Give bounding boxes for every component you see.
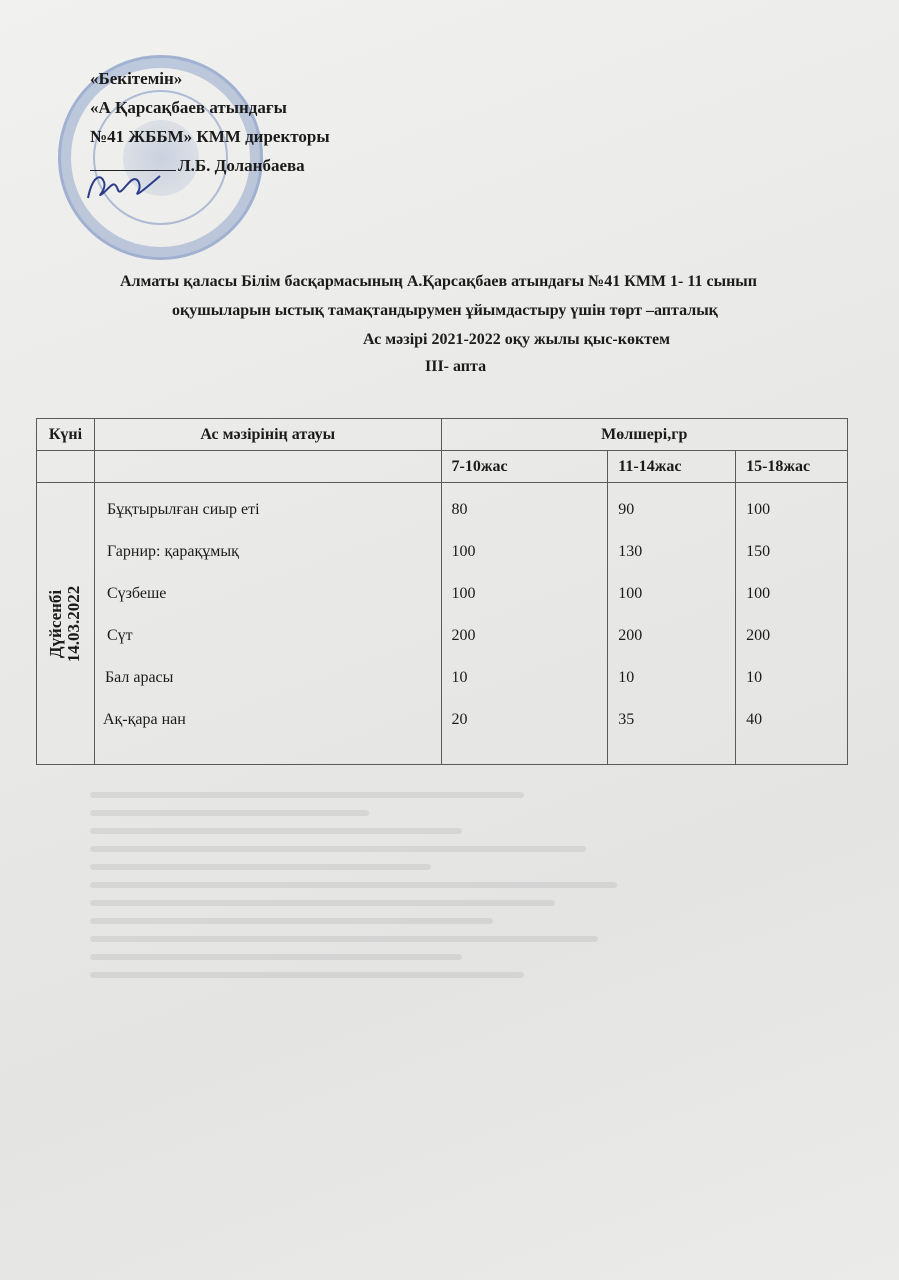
amount-value: 10 xyxy=(746,667,847,709)
bleed-through-text xyxy=(90,780,710,1200)
menu-items-cell: Бұқтырылған сиыр еті Гарнир: қарақұмық С… xyxy=(94,483,441,765)
header-amount: Мөлшері,гр xyxy=(441,419,847,451)
menu-item: Сүт xyxy=(107,625,441,667)
document-title-line-1: Алматы қаласы Білім басқармасының А.Қарс… xyxy=(120,273,899,291)
day-cell: Дүйсенбі 14.03.2022 xyxy=(37,483,95,765)
amount-value: 100 xyxy=(452,583,608,625)
approval-block: «Бекітемін» «А Қарсақбаев атындағы №41 Ж… xyxy=(90,64,330,180)
approval-signature-line: Л.Б. Доланбаева xyxy=(90,151,330,180)
age-group-row: 7-10жас 11-14жас 15-18жас xyxy=(37,451,848,483)
document-title-line-2: оқушыларын ыстық тамақтандырумен ұйымдас… xyxy=(172,302,899,320)
amount-7-10-cell: 80 100 100 200 10 20 xyxy=(441,483,608,765)
age-group-15-18: 15-18жас xyxy=(736,451,848,483)
menu-table: Күні Ас мәзірінің атауы Мөлшері,гр 7-10ж… xyxy=(36,418,848,765)
day-date: 14.03.2022 xyxy=(65,585,83,662)
amount-value: 10 xyxy=(452,667,608,709)
approval-title: «Бекітемін» xyxy=(90,64,330,93)
amount-value: 150 xyxy=(746,541,847,583)
table-header-row: Күні Ас мәзірінің атауы Мөлшері,гр xyxy=(37,419,848,451)
amount-value: 200 xyxy=(618,625,735,667)
amount-11-14-cell: 90 130 100 200 10 35 xyxy=(608,483,736,765)
week-label: ІІІ- апта xyxy=(425,358,899,376)
amount-value: 100 xyxy=(746,499,847,541)
amount-value: 20 xyxy=(452,709,608,751)
amount-value: 90 xyxy=(618,499,735,541)
table-row: Дүйсенбі 14.03.2022 Бұқтырылған сиыр еті… xyxy=(37,483,848,765)
menu-item: Бұқтырылған сиыр еті xyxy=(107,499,441,541)
age-group-7-10: 7-10жас xyxy=(441,451,608,483)
amount-value: 200 xyxy=(746,625,847,667)
amount-value: 100 xyxy=(452,541,608,583)
signatory-name: Л.Б. Доланбаева xyxy=(178,156,305,175)
amount-value: 200 xyxy=(452,625,608,667)
day-name: Дүйсенбі xyxy=(47,585,65,662)
amount-value: 100 xyxy=(618,583,735,625)
signature-line xyxy=(90,170,176,171)
menu-item: Ақ-қара нан xyxy=(103,709,441,751)
document-page: «Бекітемін» «А Қарсақбаев атындағы №41 Ж… xyxy=(0,0,899,1280)
header-day: Күні xyxy=(37,419,95,451)
amount-value: 80 xyxy=(452,499,608,541)
menu-item: Гарнир: қарақұмық xyxy=(107,541,441,583)
document-title-line-3: Ас мәзірі 2021-2022 оқу жылы қыс-көктем xyxy=(363,331,899,349)
amount-value: 35 xyxy=(618,709,735,751)
amount-value: 100 xyxy=(746,583,847,625)
amount-value: 40 xyxy=(746,709,847,751)
approval-position: №41 ЖББМ» КММ директоры xyxy=(90,122,330,151)
age-group-11-14: 11-14жас xyxy=(608,451,736,483)
header-menu-name: Ас мәзірінің атауы xyxy=(94,419,441,451)
amount-value: 130 xyxy=(618,541,735,583)
menu-item: Бал арасы xyxy=(105,667,441,709)
amount-value: 10 xyxy=(618,667,735,709)
approval-org: «А Қарсақбаев атындағы xyxy=(90,93,330,122)
menu-item: Сүзбеше xyxy=(107,583,441,625)
amount-15-18-cell: 100 150 100 200 10 40 xyxy=(736,483,848,765)
